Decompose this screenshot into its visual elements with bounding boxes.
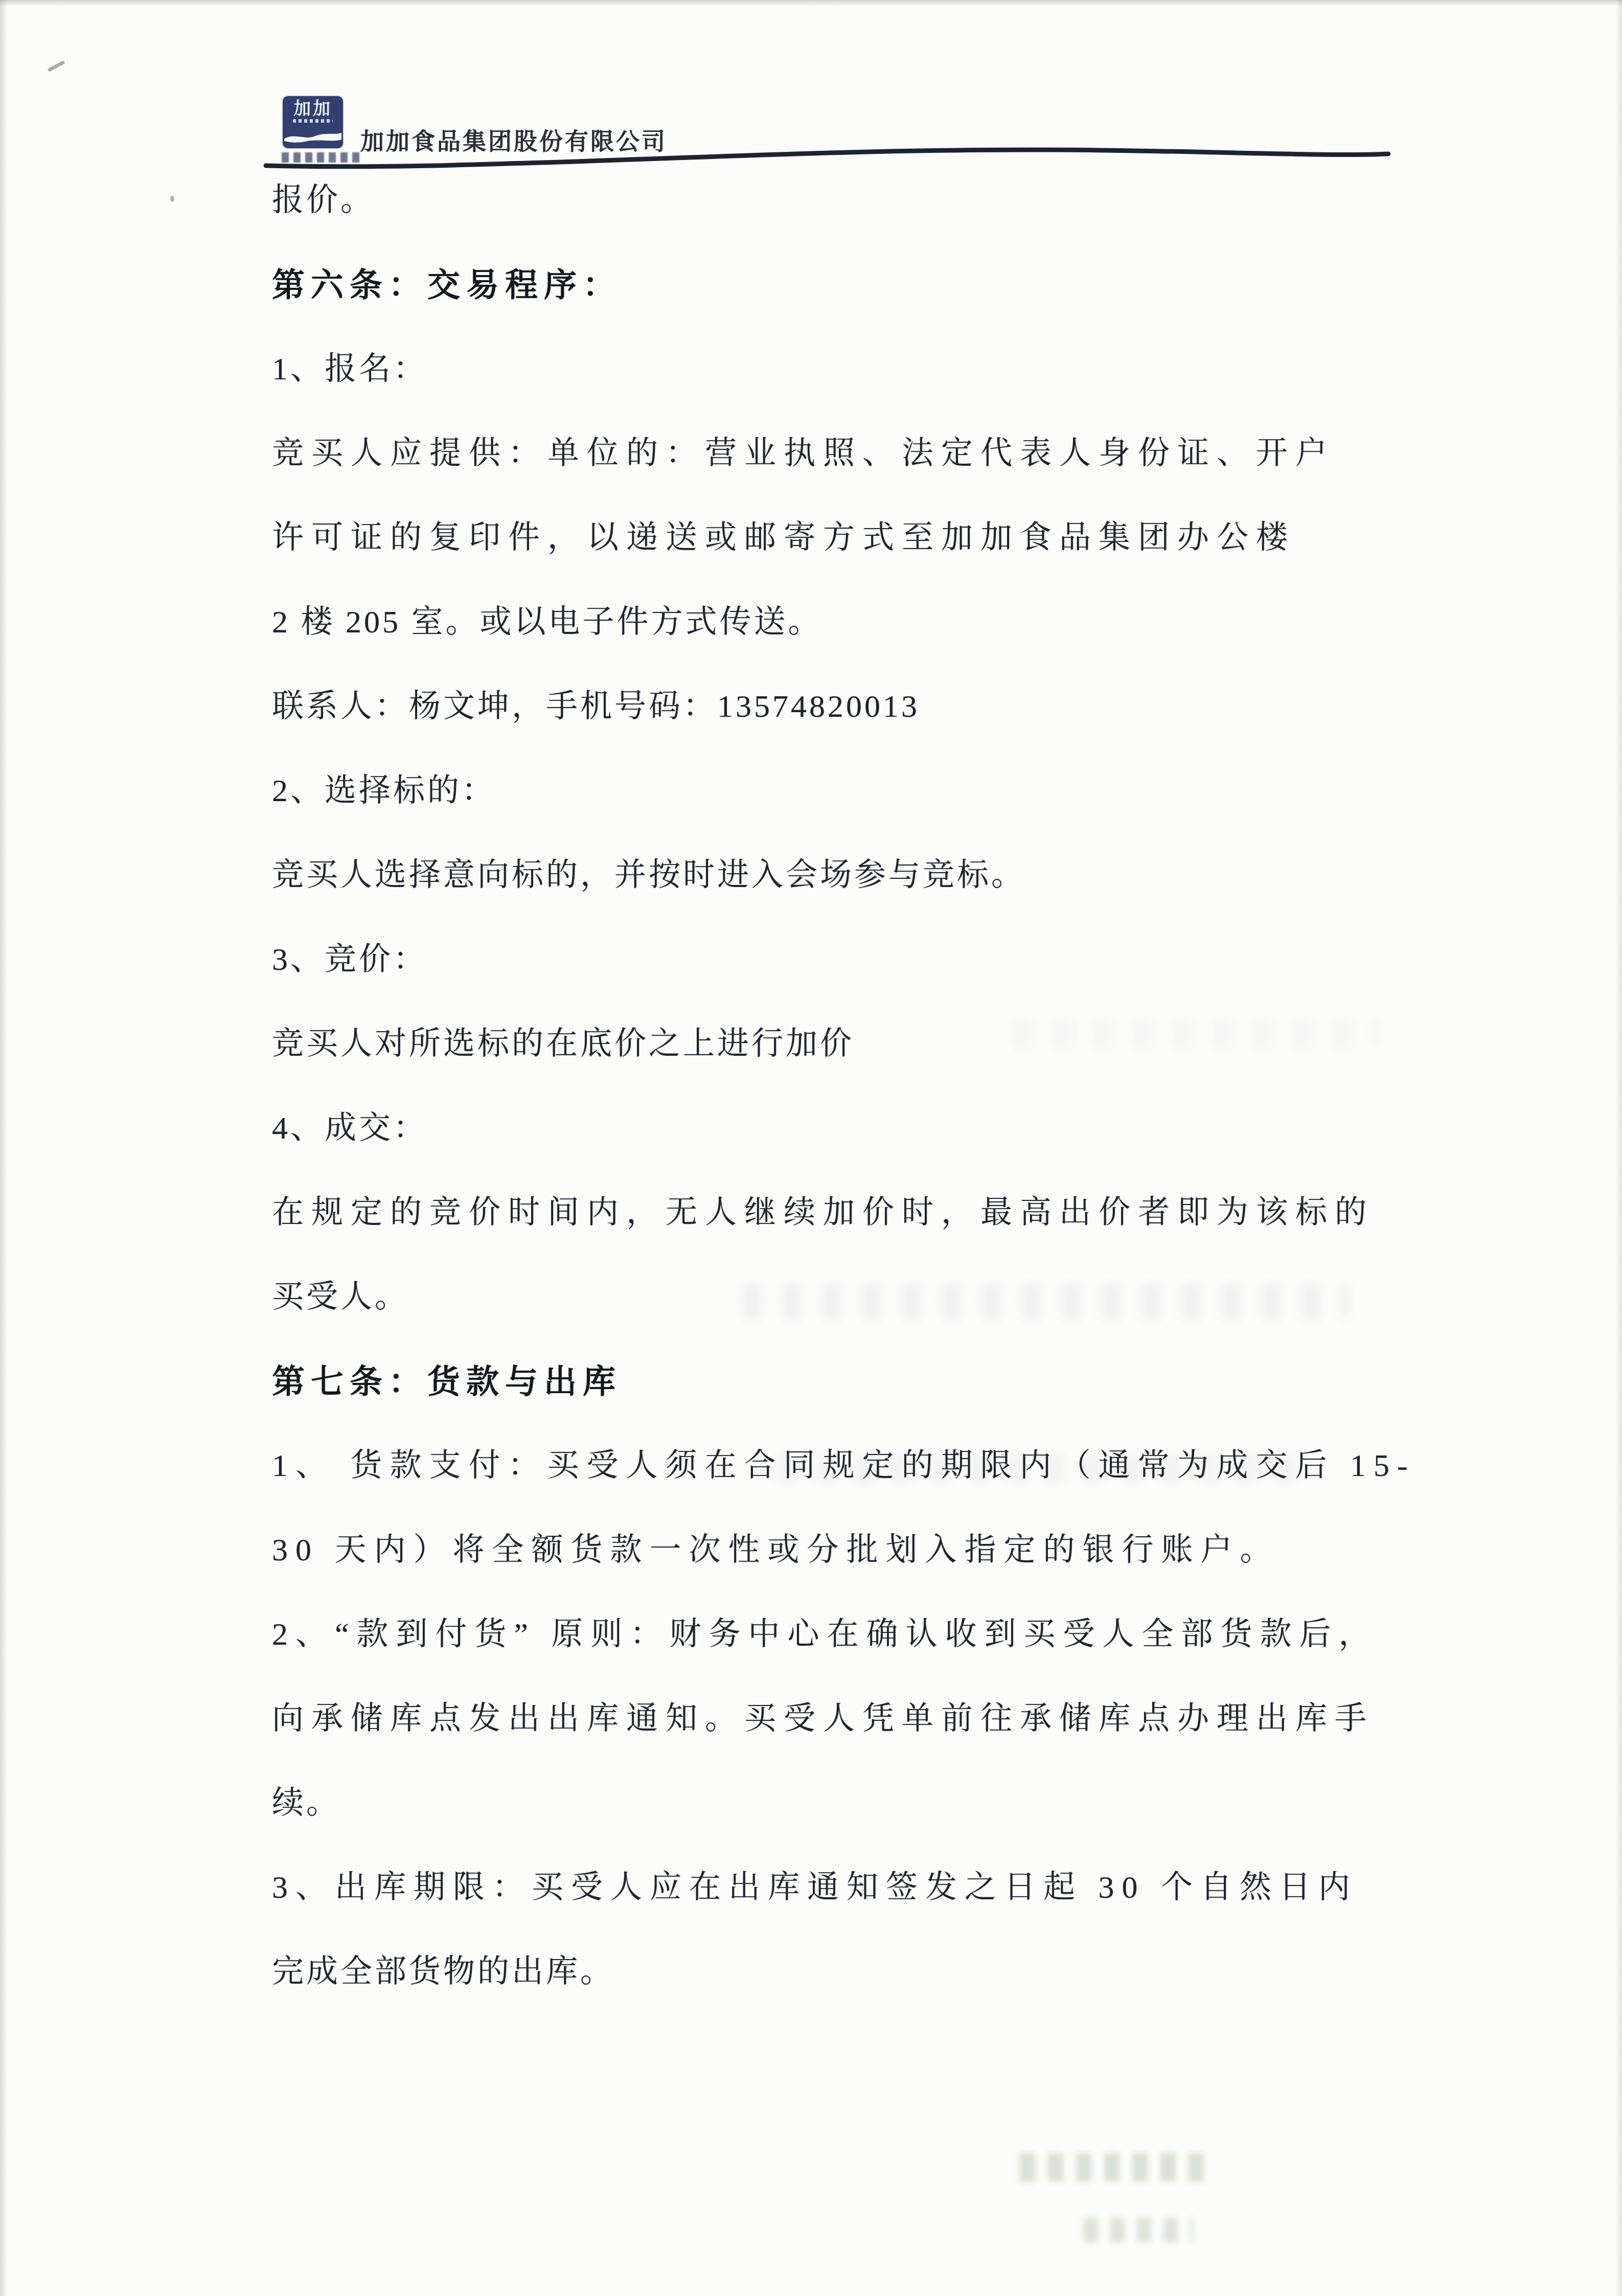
document-line: 30 天内）将全额货款一次性或分批划入指定的银行账户。 <box>272 1508 1422 1593</box>
document-line: 2、选择标的： <box>272 749 1422 833</box>
document-body: 报价。第六条：交易程序：1、报名：竞买人应提供：单位的：营业执照、法定代表人身份… <box>272 158 1422 2014</box>
document-line: 续。 <box>272 1761 1422 1846</box>
document-line: 1、 货款支付：买受人须在合同规定的期限内（通常为成交后 15- <box>272 1424 1422 1508</box>
scan-edge-right <box>1616 0 1622 2296</box>
document-line: 竞买人选择意向标的，并按时进入会场参与竞标。 <box>272 833 1422 918</box>
document-line: 2、“款到付货” 原则：财务中心在确认收到买受人全部货款后， <box>272 1593 1422 1677</box>
document-line: 1、报名： <box>272 327 1422 412</box>
bleedthrough-artifact <box>1084 2218 1194 2242</box>
document-line: 4、成交： <box>272 1086 1422 1171</box>
scan-edge-left <box>0 0 7 2296</box>
document-line: 竞买人应提供：单位的：营业执照、法定代表人身份证、开户 <box>272 412 1422 496</box>
document-line: 联系人：杨文坤，手机号码：13574820013 <box>272 665 1422 749</box>
document-line: 报价。 <box>272 158 1422 243</box>
document-line: 第六条：交易程序： <box>272 243 1422 327</box>
document-line: 完成全部货物的出库。 <box>272 1930 1422 2014</box>
document-line: 竞买人对所选标的在底价之上进行加价 <box>272 1002 1422 1086</box>
document-line: 3、出库期限：买受人应在出库通知签发之日起 30 个自然日内 <box>272 1846 1422 1930</box>
document-line: 在规定的竞价时间内，无人继续加价时，最高出价者即为该标的 <box>272 1171 1422 1255</box>
document-line: 许可证的复印件，以递送或邮寄方式至加加食品集团办公楼 <box>272 496 1422 580</box>
document-line: 向承储库点发出出库通知。买受人凭单前往承储库点办理出库手 <box>272 1677 1422 1761</box>
document-line: 买受人。 <box>272 1255 1422 1339</box>
document-line: 2 楼 205 室。或以电子件方式传送。 <box>272 580 1422 665</box>
document-line: 3、竞价： <box>272 918 1422 1002</box>
scanned-document-page: 加加 加加食品集团股份有限公司 报价。第六条：交易程序：1、报名：竞买人应提供：… <box>0 0 1622 2296</box>
bleedthrough-artifact <box>1020 2153 1209 2181</box>
document-line: 第七条：货款与出库 <box>272 1339 1422 1424</box>
